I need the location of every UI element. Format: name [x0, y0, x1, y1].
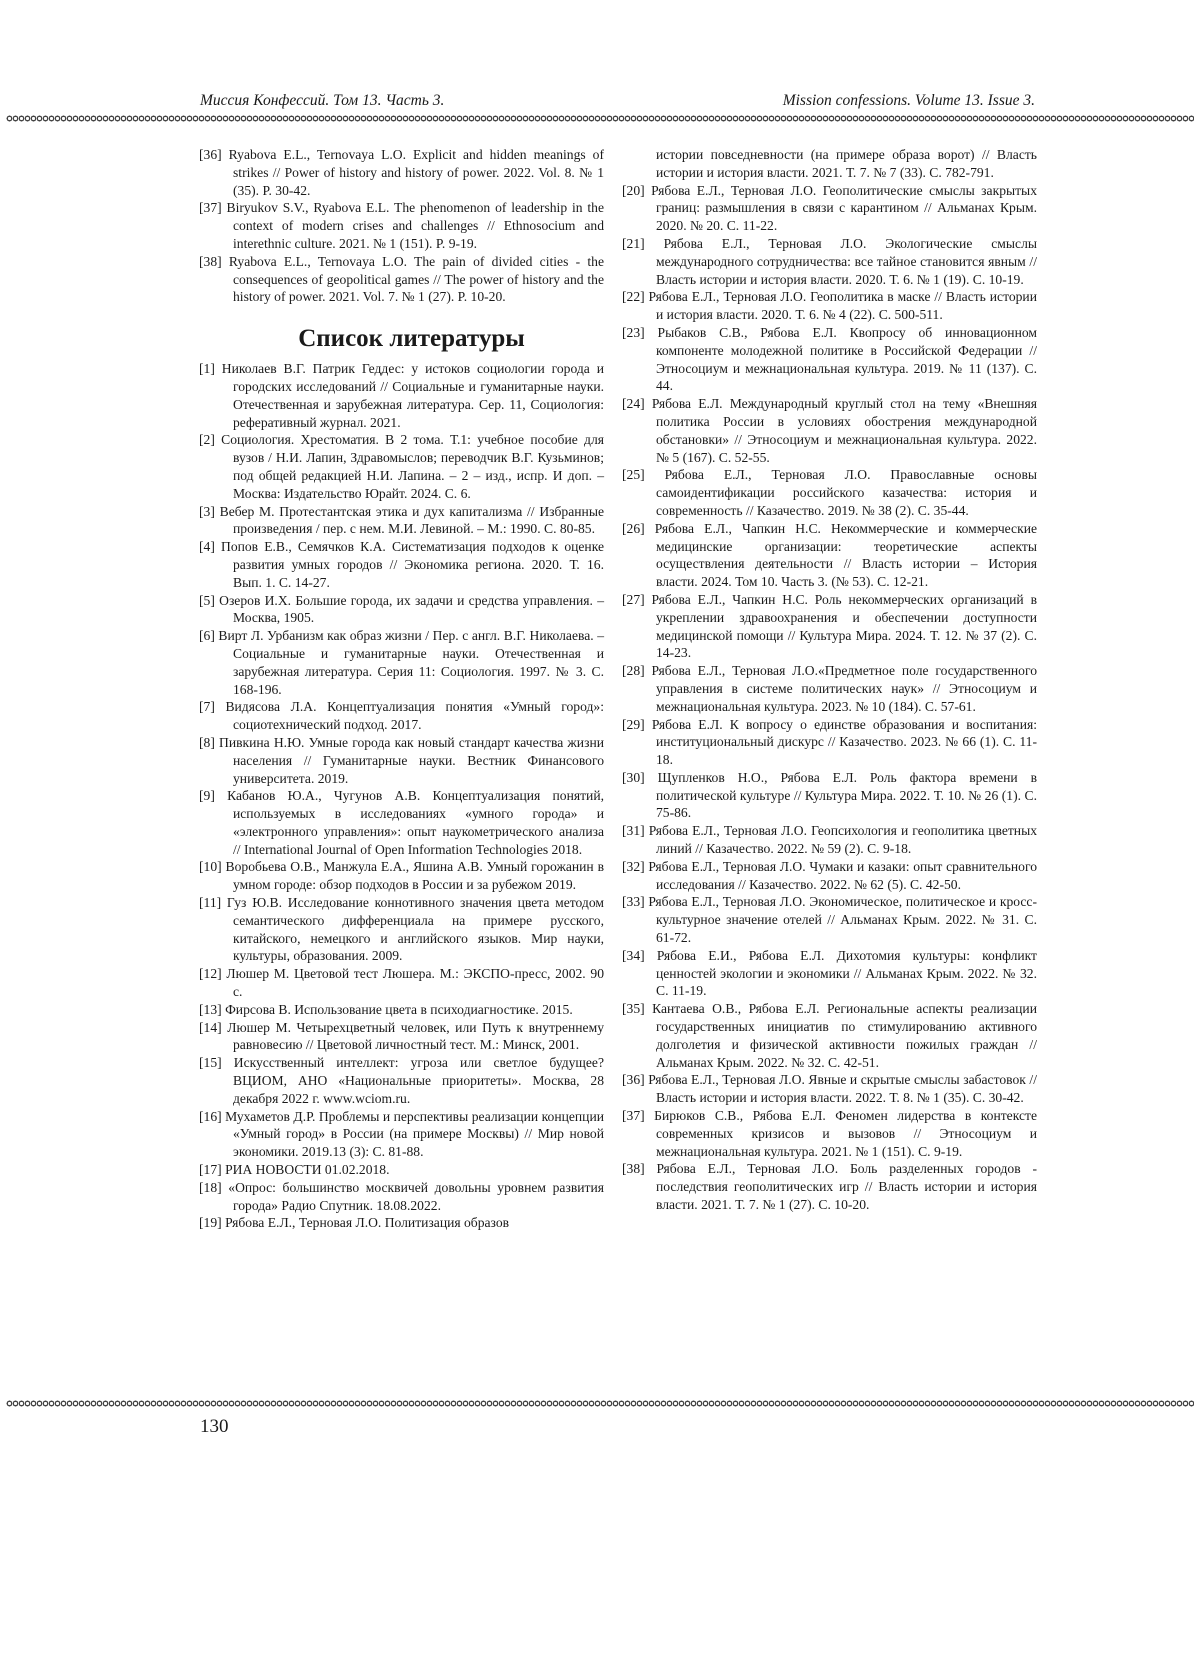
- reference-item: [22] Рябова Е.Л., Терновая Л.О. Геополит…: [622, 288, 1037, 324]
- reference-text: Рябова Е.Л., Терновая Л.О. Геополитическ…: [651, 183, 1037, 234]
- reference-item: [30] Щупленков Н.О., Рябова Е.Л. Роль фа…: [622, 769, 1037, 822]
- reference-number: [35]: [622, 1000, 645, 1018]
- reference-item: [3] Вебер М. Протестантская этика и дух …: [199, 503, 604, 539]
- journal-title-ru: Миссия Конфессий. Том 13. Часть 3.: [200, 92, 444, 110]
- reference-list-left: [1] Николаев В.Г. Патрик Геддес: у исток…: [199, 360, 604, 1232]
- reference-text: Рябова Е.Л., Чапкин Н.С. Некоммерческие …: [655, 521, 1037, 589]
- reference-number: [10]: [199, 858, 222, 876]
- reference-number: [23]: [622, 324, 645, 342]
- reference-number: [13]: [199, 1001, 222, 1019]
- reference-item: [12] Люшер М. Цветовой тест Люшера. М.: …: [199, 965, 604, 1001]
- reference-text: Рябова Е.Л., Терновая Л.О.«Предметное по…: [651, 663, 1037, 714]
- reference-number: [29]: [622, 716, 645, 734]
- reference-item: [7] Видясова Л.А. Концептуализация понят…: [199, 698, 604, 734]
- reference-text: Рябова Е.Л., Терновая Л.О. Политизация о…: [225, 1215, 509, 1230]
- reference-text: Рябова Е.И., Рябова Е.Л. Дихотомия культ…: [656, 948, 1037, 999]
- reference-text: «Опрос: большинство москвичей довольны у…: [228, 1180, 604, 1213]
- reference-number: [27]: [622, 591, 645, 609]
- reference-text: Рябова Е.Л., Терновая Л.О. Геополитика в…: [649, 289, 1037, 322]
- reference-number: [37]: [199, 199, 222, 217]
- reference-text: Гуз Ю.В. Исследование коннотивного значе…: [227, 895, 604, 963]
- reference-number: [12]: [199, 965, 222, 983]
- reference-number: [16]: [199, 1108, 222, 1126]
- reference-item: [31] Рябова Е.Л., Терновая Л.О. Геопсихо…: [622, 822, 1037, 858]
- reference-text: Социология. Хрестоматия. В 2 тома. Т.1: …: [221, 432, 604, 500]
- reference-text: Бирюков С.В., Рябова Е.Л. Феномен лидерс…: [654, 1108, 1037, 1159]
- reference-list-right: [20] Рябова Е.Л., Терновая Л.О. Геополит…: [622, 182, 1037, 1214]
- reference-item: [16] Мухаметов Д.Р. Проблемы и перспекти…: [199, 1108, 604, 1161]
- reference-number: [3]: [199, 503, 215, 521]
- reference-text: Biryukov S.V., Ryabova E.L. The phenomen…: [227, 200, 604, 251]
- reference-item: [14] Люшер М. Четырехцветный человек, ил…: [199, 1019, 604, 1055]
- reference-number: [28]: [622, 662, 645, 680]
- reference-item: [2] Социология. Хрестоматия. В 2 тома. Т…: [199, 431, 604, 502]
- reference-item: [4] Попов Е.В., Семячков К.А. Систематиз…: [199, 538, 604, 591]
- reference-item: [35] Кантаева О.В., Рябова Е.Л. Регионал…: [622, 1000, 1037, 1071]
- bottom-ornamental-rule: [6, 1400, 1194, 1407]
- running-header: Миссия Конфессий. Том 13. Часть 3. Missi…: [200, 92, 1035, 112]
- reference-item: [21] Рябова Е.Л., Терновая Л.О. Экологич…: [622, 235, 1037, 288]
- reference-number: [11]: [199, 894, 221, 912]
- reference-text: Озеров И.Х. Большие города, их задачи и …: [219, 593, 604, 626]
- reference-item: [23] Рыбаков С.В., Рябова Е.Л. Квопросу …: [622, 324, 1037, 395]
- reference-item: [11] Гуз Ю.В. Исследование коннотивного …: [199, 894, 604, 965]
- reference-text: Рыбаков С.В., Рябова Е.Л. Квопросу об ин…: [656, 325, 1037, 393]
- reference-text: Воробьева О.В., Манжула Е.А., Яшина А.В.…: [226, 859, 604, 892]
- reference-text: Рябова Е.Л. К вопросу о единстве образов…: [652, 717, 1037, 768]
- reference-text: Кантаева О.В., Рябова Е.Л. Региональные …: [652, 1001, 1037, 1069]
- reference-text: Люшер М. Четырехцветный человек, или Пут…: [227, 1020, 604, 1053]
- reference-item: [10] Воробьева О.В., Манжула Е.А., Яшина…: [199, 858, 604, 894]
- reference-number: [4]: [199, 538, 215, 556]
- reference-text: Фирсова В. Использование цвета в психоди…: [225, 1002, 573, 1017]
- reference-number: [6]: [199, 627, 215, 645]
- reference-number: [36]: [199, 146, 222, 164]
- reference-item: [9] Кабанов Ю.А., Чугунов А.В. Концептуа…: [199, 787, 604, 858]
- reference-text: РИА НОВОСТИ 01.02.2018.: [225, 1162, 389, 1177]
- reference-number: [26]: [622, 520, 645, 538]
- reference-text: Рябова Е.Л. Международный круглый стол н…: [652, 396, 1037, 464]
- left-column: [36] Ryabova E.L., Ternovaya L.O. Explic…: [199, 146, 604, 1232]
- reference-text: Кабанов Ю.А., Чугунов А.В. Концептуализа…: [227, 788, 604, 856]
- reference-text: Люшер М. Цветовой тест Люшера. М.: ЭКСПО…: [226, 966, 604, 999]
- reference-item: [36] Ryabova E.L., Ternovaya L.O. Explic…: [199, 146, 604, 199]
- reference-item: [37] Бирюков С.В., Рябова Е.Л. Феномен л…: [622, 1107, 1037, 1160]
- reference-item: [38] Ryabova E.L., Ternovaya L.O. The pa…: [199, 253, 604, 306]
- reference-number: [8]: [199, 734, 215, 752]
- reference-item: [1] Николаев В.Г. Патрик Геддес: у исток…: [199, 360, 604, 431]
- reference-item: [20] Рябова Е.Л., Терновая Л.О. Геополит…: [622, 182, 1037, 235]
- reference-number: [14]: [199, 1019, 222, 1037]
- reference-item: [29] Рябова Е.Л. К вопросу о единстве об…: [622, 716, 1037, 769]
- reference-number: [21]: [622, 235, 645, 253]
- right-column: истории повседневности (на примере образ…: [622, 146, 1037, 1214]
- reference-item: [6] Вирт Л. Урбанизм как образ жизни / П…: [199, 627, 604, 698]
- reference-text: Видясова Л.А. Концептуализация понятия «…: [225, 699, 604, 732]
- reference-text: Вебер М. Протестантская этика и дух капи…: [220, 504, 604, 537]
- reference-item: [24] Рябова Е.Л. Международный круглый с…: [622, 395, 1037, 466]
- reference-item: [36] Рябова Е.Л., Терновая Л.О. Явные и …: [622, 1071, 1037, 1107]
- reference-item: [19] Рябова Е.Л., Терновая Л.О. Политиза…: [199, 1214, 604, 1232]
- reference-number: [37]: [622, 1107, 645, 1125]
- reference-number: [18]: [199, 1179, 222, 1197]
- reference-number: [38]: [622, 1160, 645, 1178]
- reference-item: [17] РИА НОВОСТИ 01.02.2018.: [199, 1161, 604, 1179]
- reference-number: [17]: [199, 1161, 222, 1179]
- reference-number: [19]: [199, 1214, 222, 1232]
- reference-number: [1]: [199, 360, 215, 378]
- reference-item: [37] Biryukov S.V., Ryabova E.L. The phe…: [199, 199, 604, 252]
- reference-item: [25] Рябова Е.Л., Терновая Л.О. Правосла…: [622, 466, 1037, 519]
- english-references: [36] Ryabova E.L., Ternovaya L.O. Explic…: [199, 146, 604, 306]
- reference-text: Мухаметов Д.Р. Проблемы и перспективы ре…: [225, 1109, 604, 1160]
- reference-text: Искусственный интеллект: угроза или свет…: [233, 1055, 604, 1106]
- reference-text: Рябова Е.Л., Чапкин Н.С. Роль некоммерче…: [652, 592, 1037, 660]
- reference-number: [24]: [622, 395, 645, 413]
- reference-number: [38]: [199, 253, 222, 271]
- reference-text: Щупленков Н.О., Рябова Е.Л. Роль фактора…: [656, 770, 1037, 821]
- reference-number: [5]: [199, 592, 215, 610]
- reference-number: [22]: [622, 288, 645, 306]
- reference-item: [32] Рябова Е.Л., Терновая Л.О. Чумаки и…: [622, 858, 1037, 894]
- reference-continuation: истории повседневности (на примере образ…: [622, 146, 1037, 182]
- reference-item: [28] Рябова Е.Л., Терновая Л.О.«Предметн…: [622, 662, 1037, 715]
- reference-item: [27] Рябова Е.Л., Чапкин Н.С. Роль неком…: [622, 591, 1037, 662]
- reference-item: [13] Фирсова В. Использование цвета в пс…: [199, 1001, 604, 1019]
- reference-text: Рябова Е.Л., Терновая Л.О. Экологические…: [656, 236, 1037, 287]
- reference-number: [33]: [622, 893, 645, 911]
- reference-number: [15]: [199, 1054, 222, 1072]
- reference-text: Рябова Е.Л., Терновая Л.О. Чумаки и каза…: [648, 859, 1037, 892]
- reference-number: [7]: [199, 698, 215, 716]
- reference-text: Рябова Е.Л., Терновая Л.О. Явные и скрыт…: [648, 1072, 1037, 1105]
- reference-item: [26] Рябова Е.Л., Чапкин Н.С. Некоммерче…: [622, 520, 1037, 591]
- reference-item: [38] Рябова Е.Л., Терновая Л.О. Боль раз…: [622, 1160, 1037, 1213]
- reference-text: Ryabova E.L., Ternovaya L.O. The pain of…: [229, 254, 604, 305]
- reference-number: [30]: [622, 769, 645, 787]
- reference-number: [34]: [622, 947, 645, 965]
- section-title: Список литературы: [199, 324, 604, 354]
- reference-item: [5] Озеров И.Х. Большие города, их задач…: [199, 592, 604, 628]
- reference-text: Рябова Е.Л., Терновая Л.О. Экономическое…: [648, 894, 1037, 945]
- reference-text: Рябова Е.Л., Терновая Л.О. Боль разделен…: [656, 1161, 1037, 1212]
- reference-text: Вирт Л. Урбанизм как образ жизни / Пер. …: [218, 628, 604, 696]
- reference-text: Пивкина Н.Ю. Умные города как новый стан…: [219, 735, 604, 786]
- top-ornamental-rule: [6, 115, 1194, 122]
- reference-text: Рябова Е.Л., Терновая Л.О. Православные …: [656, 467, 1037, 518]
- reference-number: [31]: [622, 822, 645, 840]
- reference-number: [25]: [622, 466, 645, 484]
- reference-text: Рябова Е.Л., Терновая Л.О. Геопсихология…: [649, 823, 1037, 856]
- journal-title-en: Mission confessions. Volume 13. Issue 3.: [783, 92, 1035, 110]
- reference-item: [15] Искусственный интеллект: угроза или…: [199, 1054, 604, 1107]
- page-number: 130: [200, 1416, 229, 1438]
- reference-text: Николаев В.Г. Патрик Геддес: у истоков с…: [222, 361, 604, 429]
- reference-item: [8] Пивкина Н.Ю. Умные города как новый …: [199, 734, 604, 787]
- reference-item: [34] Рябова Е.И., Рябова Е.Л. Дихотомия …: [622, 947, 1037, 1000]
- reference-number: [36]: [622, 1071, 645, 1089]
- reference-number: [32]: [622, 858, 645, 876]
- reference-item: [18] «Опрос: большинство москвичей довол…: [199, 1179, 604, 1215]
- reference-number: [20]: [622, 182, 645, 200]
- reference-item: [33] Рябова Е.Л., Терновая Л.О. Экономич…: [622, 893, 1037, 946]
- reference-number: [2]: [199, 431, 215, 449]
- reference-text: Попов Е.В., Семячков К.А. Систематизация…: [221, 539, 604, 590]
- reference-text: Ryabova E.L., Ternovaya L.O. Explicit an…: [229, 147, 604, 198]
- reference-number: [9]: [199, 787, 215, 805]
